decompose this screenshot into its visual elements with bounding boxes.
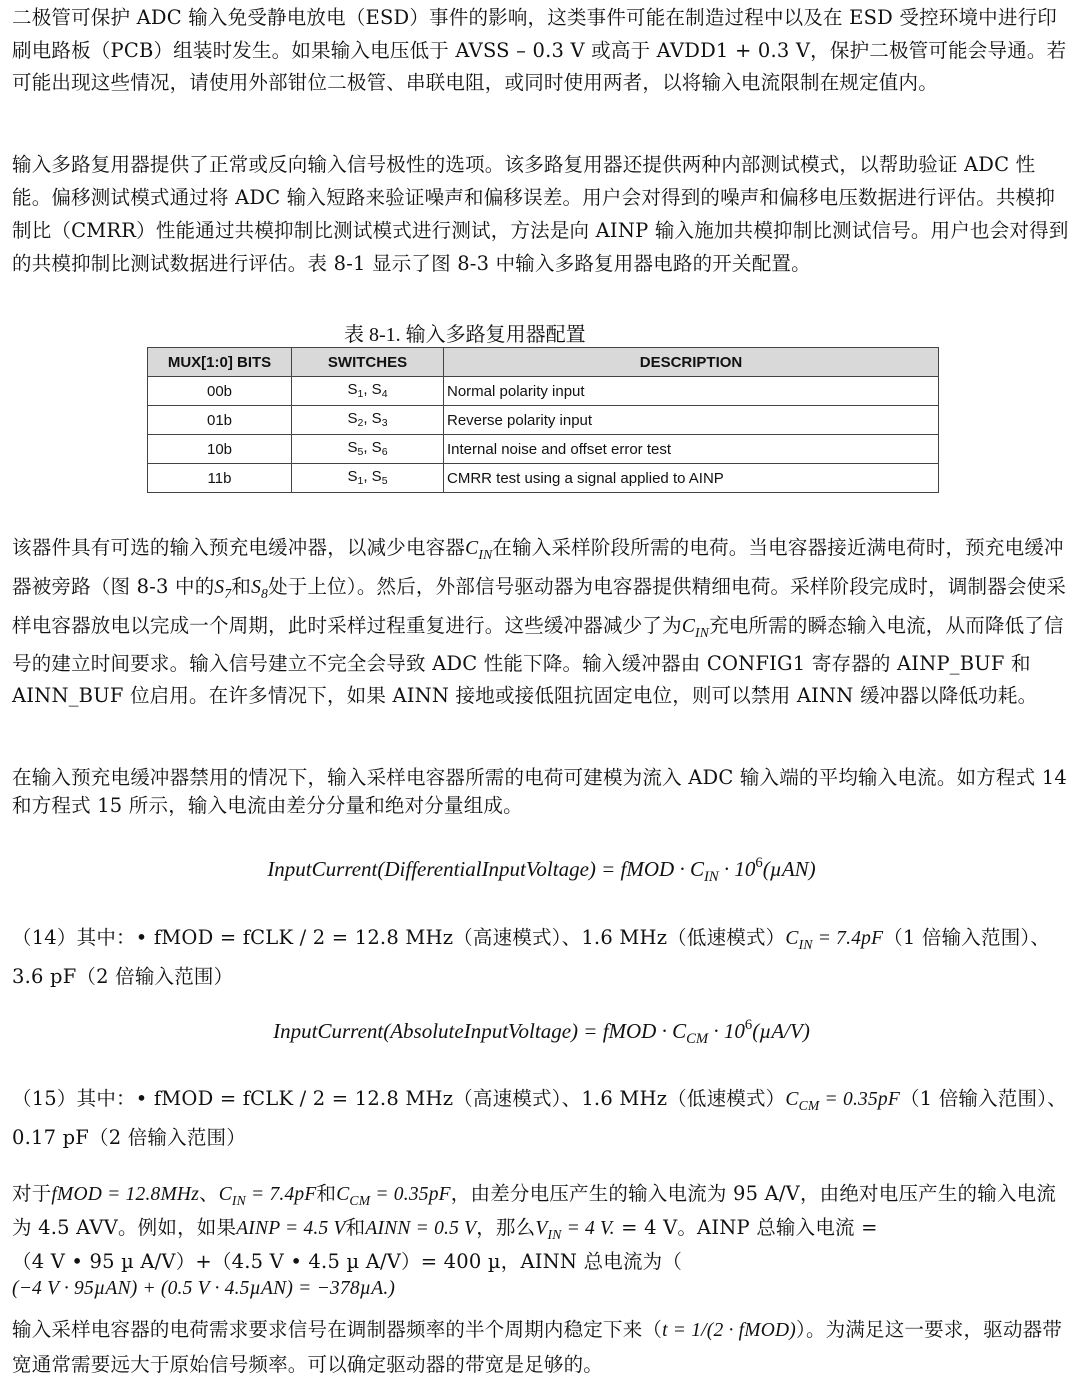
cell-switches: S1, S5 <box>292 464 444 493</box>
table-row: 10b S5, S6 Internal noise and offset err… <box>148 435 939 464</box>
mux-config-table: MUX[1:0] BITS SWITCHES DESCRIPTION 00b S… <box>147 347 939 493</box>
math-s7: S7 <box>214 577 231 598</box>
math-ainn: AINN = 0.5 V <box>365 1218 476 1239</box>
math-vin: VIN = 4 V. <box>535 1218 614 1239</box>
header-description: DESCRIPTION <box>444 348 939 377</box>
cell-bits: 11b <box>148 464 292 493</box>
header-switches: SWITCHES <box>292 348 444 377</box>
equation-15: InputCurrent(AbsoluteInputVoltage) = fMO… <box>0 1017 1083 1048</box>
paragraph-input-current-model: 在输入预充电缓冲器禁用的情况下，输入采样电容器所需的电荷可建模为流入 ADC 输… <box>12 764 1074 820</box>
cell-description: CMRR test using a signal applied to AINP <box>444 464 939 493</box>
cell-description: Normal polarity input <box>444 377 939 406</box>
equation-14: InputCurrent(DifferentialInputVoltage) =… <box>0 855 1083 886</box>
cell-switches: S5, S6 <box>292 435 444 464</box>
cell-switches: S1, S4 <box>292 377 444 406</box>
paragraph-settling: 输入采样电容器的电荷需求要求信号在调制器频率的半个周期内稳定下来（t = 1/(… <box>12 1313 1074 1382</box>
table-header-row: MUX[1:0] BITS SWITCHES DESCRIPTION <box>148 348 939 377</box>
table-row: 01b S2, S3 Reverse polarity input <box>148 406 939 435</box>
cell-bits: 01b <box>148 406 292 435</box>
math-ainp: AINP = 4.5 V <box>236 1218 345 1239</box>
math-cin: CIN <box>465 538 492 559</box>
math-s8: S8 <box>251 577 268 598</box>
paragraph-esd-protection: 二极管可保护 ADC 输入免受静电放电（ESD）事件的影响，这类事件可能在制造过… <box>12 2 1074 100</box>
paragraph-input-multiplexer: 输入多路复用器提供了正常或反向输入信号极性的选项。该多路复用器还提供两种内部测试… <box>12 148 1074 280</box>
table-row: 00b S1, S4 Normal polarity input <box>148 377 939 406</box>
math-ccm-value: CCM = 0.35pF <box>785 1089 900 1110</box>
math-cin: CIN <box>682 616 709 637</box>
cell-description: Reverse polarity input <box>444 406 939 435</box>
paragraph-eq15-where: （15）其中：• fMOD = fCLK / 2 = 12.8 MHz（高速模式… <box>12 1083 1074 1155</box>
header-mux-bits: MUX[1:0] BITS <box>148 348 292 377</box>
math-cin: CIN = 7.4pF <box>219 1184 317 1205</box>
paragraph-example: 对于fMOD = 12.8MHz、CIN = 7.4pF和CCM = 0.35p… <box>12 1180 1074 1302</box>
table-row: 11b S1, S5 CMRR test using a signal appl… <box>148 464 939 493</box>
math-cin-value: CIN = 7.4pF <box>785 928 883 949</box>
example-line-ainp-total: （4 V • 95 µ A/V）+（4.5 V • 4.5 µ A/V）= 40… <box>12 1248 1074 1275</box>
example-line-main: 对于fMOD = 12.8MHz、CIN = 7.4pF和CCM = 0.35p… <box>12 1180 1074 1248</box>
paragraph-eq14-where: （14）其中：• fMOD = fCLK / 2 = 12.8 MHz（高速模式… <box>12 922 1074 994</box>
example-line-ainn-total: (−4 V · 95µAN) + (0.5 V · 4.5µAN) = −378… <box>12 1275 1074 1302</box>
cell-bits: 00b <box>148 377 292 406</box>
cell-description: Internal noise and offset error test <box>444 435 939 464</box>
math-fmod: fMOD = 12.8MHz <box>51 1184 199 1205</box>
cell-switches: S2, S3 <box>292 406 444 435</box>
table-caption: 表 8-1. 输入多路复用器配置 <box>338 318 592 347</box>
paragraph-precharge-buffer: 该器件具有可选的输入预充电缓冲器，以减少电容器CIN在输入采样阶段所需的电荷。当… <box>12 532 1074 712</box>
math-settling-time: t = 1/(2 · fMOD) <box>662 1320 796 1341</box>
cell-bits: 10b <box>148 435 292 464</box>
math-ccm: CCM = 0.35pF <box>336 1184 451 1205</box>
